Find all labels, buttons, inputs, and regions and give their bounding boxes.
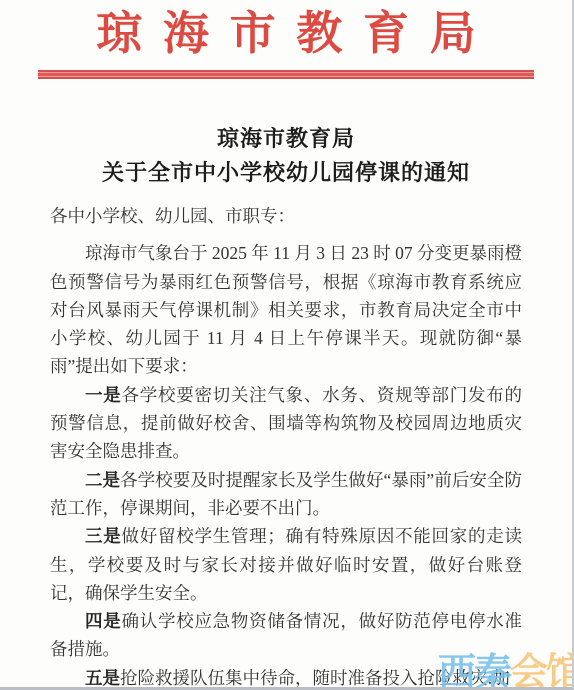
- letterhead: 琼海市教育局: [0, 0, 572, 79]
- item-lead: 五是: [85, 668, 120, 688]
- notice-item-3: 三是做好留校学生管理；确有特殊原因不能回家的走读生，学校要及时与家长对接并做好临…: [50, 522, 522, 607]
- document-title: 琼海市教育局 关于全市中小学校幼儿园停课的通知: [0, 122, 572, 190]
- document-title-line2: 关于全市中小学校幼儿园停课的通知: [0, 156, 572, 190]
- document-body: 各中小学校、幼儿园、市职专： 琼海市气象台于 2025 年 11 月 3 日 2…: [50, 202, 522, 690]
- notice-item-1: 一是各学校要密切关注气象、水务、资规等部门发布的预警信息，提前做好校舍、围墙等构…: [50, 381, 522, 466]
- item-text: 各学校要及时提醒家长及学生做好“暴雨”前后安全防范工作，停课期间，非必要不出门。: [50, 470, 522, 518]
- watermark-text-blue: 西秦: [438, 652, 510, 690]
- item-text: 做好留校学生管理；确有特殊原因不能回家的走读生，学校要及时与家长对接并做好临时安…: [50, 526, 522, 603]
- intro-text: 琼海市气象台于 2025 年 11 月 3 日 23 时 07 分变更暴雨橙色预…: [50, 243, 522, 376]
- item-lead: 二是: [85, 470, 120, 490]
- item-lead: 三是: [85, 526, 121, 546]
- watermark-text-orange: 会馆: [510, 652, 574, 690]
- document-title-line1: 琼海市教育局: [0, 122, 572, 156]
- item-lead: 四是: [85, 611, 121, 631]
- item-text: 各学校要密切关注气象、水务、资规等部门发布的预警信息，提前做好校舍、围墙等构筑物…: [50, 385, 522, 462]
- notice-item-2: 二是各学校要及时提醒家长及学生做好“暴雨”前后安全防范工作，停课期间，非必要不出…: [50, 466, 522, 523]
- letterhead-agency-name: 琼海市教育局: [0, 8, 572, 60]
- letterhead-divider: [38, 70, 534, 79]
- intro-paragraph: 琼海市气象台于 2025 年 11 月 3 日 23 时 07 分变更暴雨橙色预…: [50, 239, 522, 380]
- watermark: 西秦会馆: [438, 641, 574, 690]
- salutation: 各中小学校、幼儿园、市职专：: [50, 202, 522, 230]
- item-lead: 一是: [85, 385, 121, 405]
- scanned-notice-page: 琼海市教育局 琼海市教育局 关于全市中小学校幼儿园停课的通知 各中小学校、幼儿园…: [0, 0, 574, 690]
